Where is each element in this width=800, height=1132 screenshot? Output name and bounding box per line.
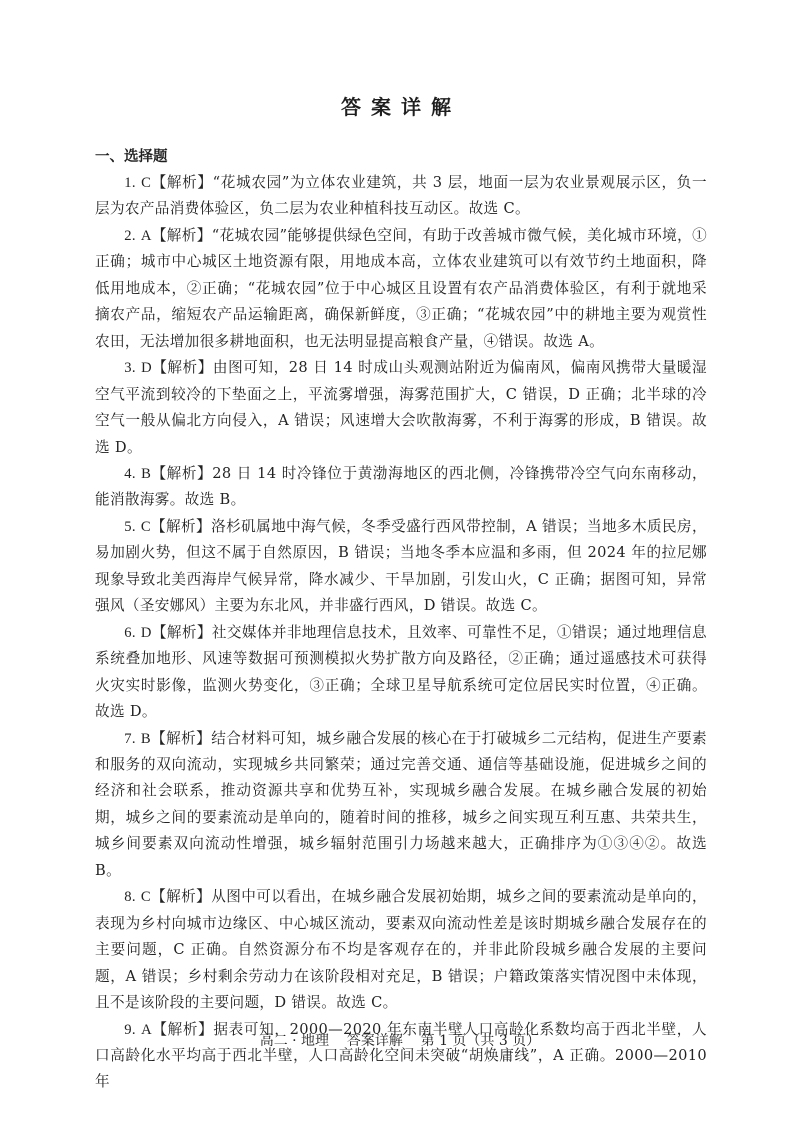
answer-list: 1. C【解析】“花城农园”为立体农业建筑，共 3 层，地面一层为农业景观展示区… [95, 170, 707, 1096]
question-number: 5. [124, 519, 136, 535]
analysis-label: 【解析】 [151, 174, 212, 191]
analysis-label: 【解析】 [152, 227, 212, 244]
answer-item-8: 8. C【解析】从图中可以看出，在城乡融合发展初始期，城乡之间的要素流动是单向的… [95, 884, 707, 1016]
question-number: 6. [124, 625, 136, 641]
question-number: 1. [124, 175, 136, 191]
answer-item-4: 4. B【解析】28 日 14 时冷锋位于黄渤海地区的西北侧，冷锋携带冷空气向东… [95, 461, 707, 514]
analysis-label: 【解析】 [152, 359, 213, 376]
analysis-label: 【解析】 [152, 624, 212, 641]
analysis-label: 【解析】 [151, 518, 211, 535]
answer-item-2: 2. A【解析】“花城农园”能够提供绿色空间，有助于改善城市微气候，美化城市环境… [95, 223, 707, 355]
analysis-label: 【解析】 [151, 730, 211, 747]
analysis-text: “花城农园”能够提供绿色空间，有助于改善城市微气候，美化城市环境，①正确；城市中… [95, 227, 707, 350]
answer-item-9: 9. A【解析】据表可知，2000—2020 年东南半壁人口高龄化系数均高于西北… [95, 1017, 707, 1096]
section-heading: 一、选择题 [95, 146, 168, 168]
answer-choice: B [141, 466, 151, 482]
answer-item-6: 6. D【解析】社交媒体并非地理信息技术，且效率、可靠性不足，①错误；通过地理信… [95, 620, 707, 726]
page-title: 答案详解 [95, 93, 707, 121]
page-footer: 高二 · 地理 答案详解 第 1 页（共 3 页） [0, 1031, 800, 1051]
question-number: 2. [124, 228, 136, 244]
question-number: 3. [124, 360, 136, 376]
answer-choice: D [141, 360, 152, 376]
answer-choice: A [141, 228, 152, 244]
answer-choice: B [141, 731, 151, 747]
answer-item-5: 5. C【解析】洛杉矶属地中海气候，冬季受盛行西风带控制，A 错误；当地多木质民… [95, 514, 707, 620]
analysis-text: 从图中可以看出，在城乡融合发展初始期，城乡之间的要素流动是单向的，表现为乡村向城… [95, 888, 707, 1011]
answer-choice: C [141, 175, 151, 191]
answer-item-7: 7. B【解析】结合材料可知，城乡融合发展的核心在于打破城乡二元结构，促进生产要… [95, 726, 707, 885]
answer-choice: D [141, 625, 152, 641]
analysis-text: 结合材料可知，城乡融合发展的核心在于打破城乡二元结构，促进生产要素和服务的双向流… [95, 730, 707, 879]
question-number: 4. [124, 466, 136, 482]
answer-choice: C [141, 889, 151, 905]
answer-choice: C [141, 519, 151, 535]
analysis-label: 【解析】 [151, 465, 212, 482]
analysis-label: 【解析】 [151, 888, 211, 905]
answer-item-3: 3. D【解析】由图可知，28 日 14 时成山头观测站附近为偏南风，偏南风携带… [95, 355, 707, 461]
question-number: 8. [124, 889, 136, 905]
answer-item-1: 1. C【解析】“花城农园”为立体农业建筑，共 3 层，地面一层为农业景观展示区… [95, 170, 707, 223]
question-number: 7. [124, 731, 136, 747]
